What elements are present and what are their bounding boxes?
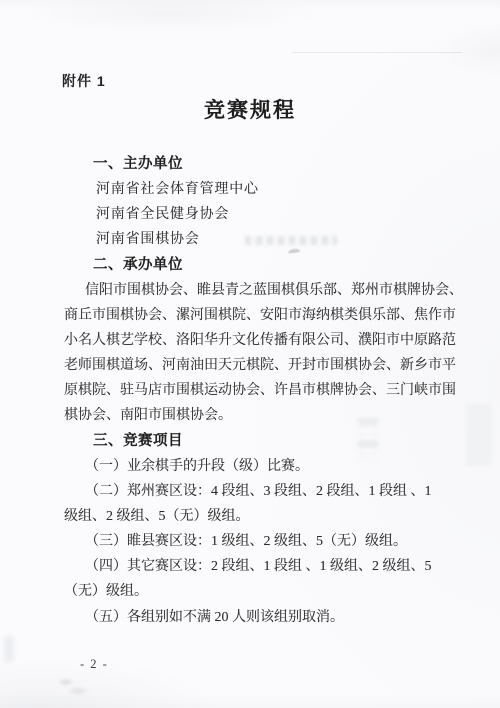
scan-artifact-smudge (52, 676, 96, 698)
document-line: 河南省全民健身协会 (64, 202, 470, 227)
document-line: （四）其它赛区设：2 段组、1 段组 、1 级组、2 级组、5 (64, 554, 470, 579)
attachment-label: 附件 1 (62, 71, 106, 91)
scan-artifact-line (292, 52, 462, 53)
document-line: （二）郑州赛区设：4 段组、3 段组、2 段组、1 段组 、1 (64, 479, 470, 504)
document-line: 老师围棋道场、河南油田天元棋院、开封市围棋协会、新乡市平 (64, 353, 470, 378)
document-line: （五）各组别如不满 20 人则该组别取消。 (64, 605, 470, 630)
document-line: 原棋院、驻马店市围棋运动协会、许昌市棋牌协会、三门峡市围 (64, 378, 470, 403)
document-line: 二、承办单位 (64, 253, 470, 278)
document-title: 竞赛规程 (0, 94, 500, 124)
document-line: （无）级组。 (64, 579, 470, 604)
document-line: （三）睢县赛区设：1 级组、2 级组、5（无）级组。 (64, 529, 470, 554)
document-line: （一）业余棋手的升段（级）比赛。 (64, 454, 470, 479)
document-line: 一、主办单位 (64, 152, 470, 177)
document-line: 级组、2 级组、5（无）级组。 (64, 504, 470, 529)
document-line: 商丘市围棋协会、漯河围棋院、安阳市海纳棋类俱乐部、焦作市 (64, 303, 470, 328)
document-line: 小名人棋艺学校、洛阳华升文化传播有限公司、濮阳市中原路范 (64, 328, 470, 353)
document-line: 河南省社会体育管理中心 (64, 177, 470, 202)
scanned-document-page: 附件 1 竞赛规程 一、主办单位河南省社会体育管理中心河南省全民健身协会河南省围… (0, 0, 500, 708)
page-number: - 2 - (80, 657, 108, 672)
document-line: 三、竞赛项目 (64, 429, 470, 454)
document-line: 信阳市围棋协会、睢县青之蓝围棋俱乐部、郑州市棋牌协会、 (64, 278, 470, 303)
document-line: 棋协会、南阳市围棋协会。 (64, 403, 470, 428)
document-body: 一、主办单位河南省社会体育管理中心河南省全民健身协会河南省围棋协会二、承办单位信… (64, 152, 470, 630)
document-line: 河南省围棋协会 (64, 227, 470, 252)
scan-artifact-edge (4, 636, 14, 662)
